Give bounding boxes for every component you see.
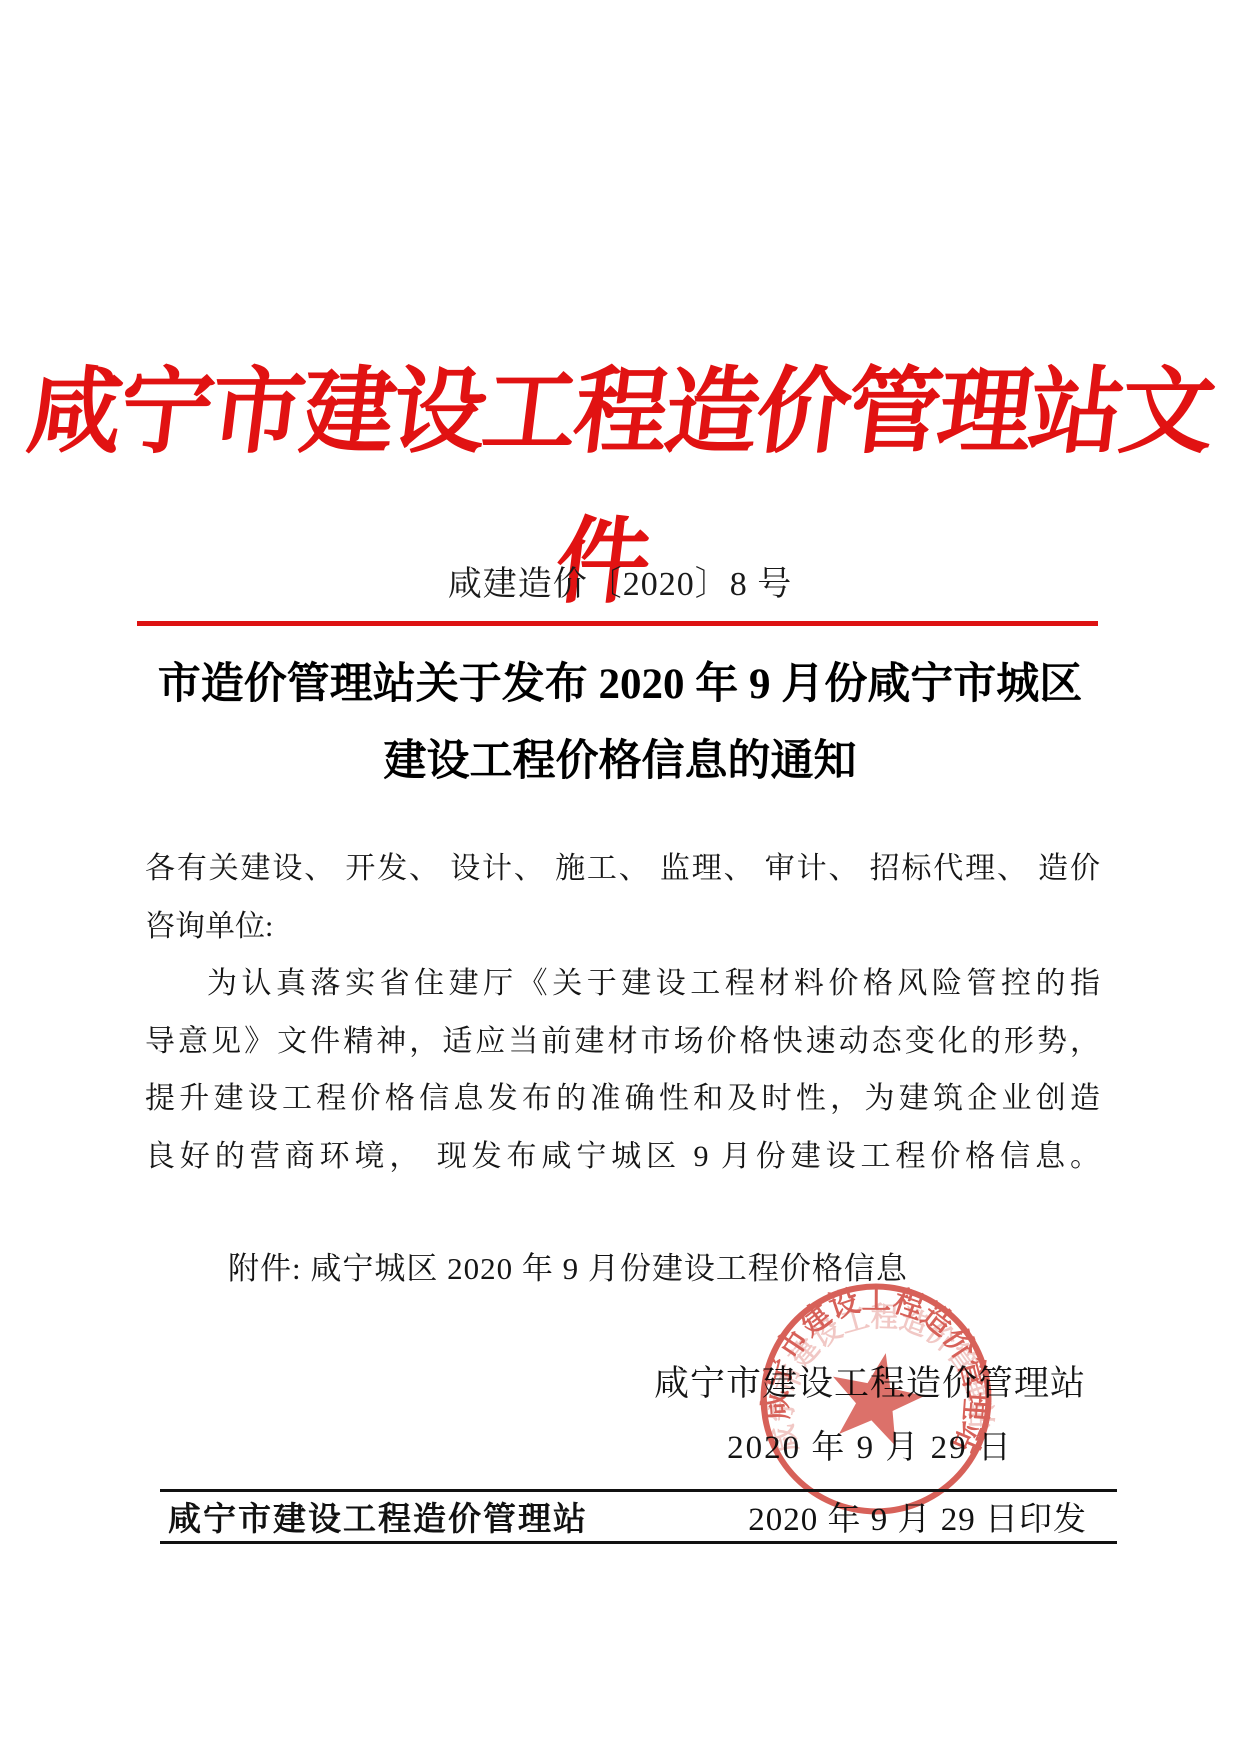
paragraph-line3: 提升建设工程价格信息发布的准确性和及时性，为建筑企业创造: [145, 1070, 1100, 1128]
paragraph-line4: 良好的营商环境， 现发布咸宁城区 9 月份建设工程价格信息。: [145, 1128, 1100, 1186]
notice-title: 市造价管理站关于发布 2020 年 9 月份咸宁市城区 建设工程价格信息的通知: [0, 646, 1240, 800]
footer-bar: 咸宁市建设工程造价管理站 2020 年 9 月 29 日印发: [160, 1489, 1117, 1544]
paragraph-line2: 导意见》文件精神，适应当前建材市场价格快速动态变化的形势，: [145, 1013, 1100, 1071]
footer-issuing-org: 咸宁市建设工程造价管理站: [168, 1493, 588, 1540]
masthead-title: 咸宁市建设工程造价管理站文件: [0, 338, 1240, 488]
body-text: 各有关建设、 开发、 设计、 施工、 监理、 审计、 招标代理、 造价 咨询单位…: [145, 840, 1100, 1185]
salutation-line1: 各有关建设、 开发、 设计、 施工、 监理、 审计、 招标代理、 造价: [145, 840, 1100, 898]
seal-star-icon: [822, 1343, 932, 1449]
footer-print-date: 2020 年 9 月 29 日印发: [748, 1493, 1087, 1540]
paragraph-line1: 为认真落实省住建厅《关于建设工程材料价格风险管控的指: [145, 955, 1100, 1013]
document-number: 咸建造价〔2020〕8 号: [0, 556, 1240, 605]
notice-title-line1: 市造价管理站关于发布 2020 年 9 月份咸宁市城区: [0, 646, 1240, 723]
red-divider: [137, 621, 1098, 626]
document-page: 咸宁市建设工程造价管理站文件 咸建造价〔2020〕8 号 市造价管理站关于发布 …: [0, 0, 1240, 1753]
salutation-line2: 咨询单位:: [145, 898, 1100, 956]
notice-title-line2: 建设工程价格信息的通知: [0, 723, 1240, 800]
